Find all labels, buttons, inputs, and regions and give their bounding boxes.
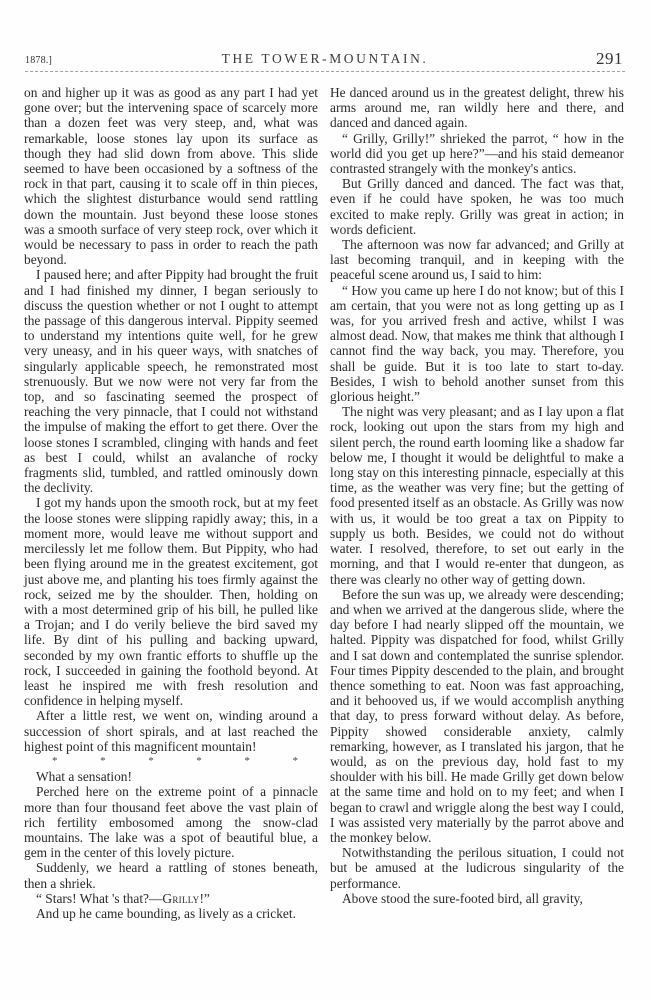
paragraph: He danced around us in the greatest deli… — [330, 85, 624, 131]
dialogue-exclamation: “ Stars! What 's that?—Grilly!” — [24, 891, 318, 906]
asterisk-icon: * — [244, 754, 250, 769]
paragraph: Perched here on the extreme point of a p… — [24, 784, 318, 860]
left-column: on and higher up it was as good as any p… — [24, 85, 318, 921]
book-page: 1878.] THE TOWER-MOUNTAIN. 291 on and hi… — [0, 0, 651, 1000]
section-break-asterisks: * * * * * * — [24, 754, 318, 769]
paragraph: And up he came bounding, as lively as a … — [24, 906, 318, 921]
asterisk-icon: * — [52, 754, 58, 769]
paragraph: Before the sun was up, we already were d… — [330, 587, 624, 845]
asterisk-icon: * — [196, 754, 202, 769]
paragraph: After a little rest, we went on, winding… — [24, 708, 318, 754]
paragraph: I got my hands upon the smooth rock, but… — [24, 495, 318, 708]
paragraph: on and higher up it was as good as any p… — [24, 85, 318, 267]
paragraph: Above stood the sure-footed bird, all gr… — [330, 891, 624, 906]
paragraph: “ How you came up here I do not know; bu… — [330, 283, 624, 405]
header-rule-divider — [25, 71, 625, 72]
running-head: 1878.] THE TOWER-MOUNTAIN. 291 — [25, 51, 625, 69]
page-number: 291 — [596, 49, 623, 69]
exclamation-suffix: !” — [199, 891, 209, 906]
paragraph: What a sensation! — [24, 769, 318, 784]
paragraph: The night was very pleasant; and as I la… — [330, 404, 624, 586]
asterisk-icon: * — [100, 754, 106, 769]
paragraph: Suddenly, we heard a rattling of stones … — [24, 860, 318, 890]
paragraph: “ Grilly, Grilly!” shrieked the parrot, … — [330, 131, 624, 177]
paragraph: But Grilly danced and danced. The fact w… — [330, 176, 624, 237]
paragraph: Notwithstanding the perilous situation, … — [330, 845, 624, 891]
exclamation-prefix: “ Stars! What 's that?— — [36, 891, 162, 906]
asterisk-icon: * — [148, 754, 154, 769]
paragraph: I paused here; and after Pippity had bro… — [24, 267, 318, 495]
article-title: THE TOWER-MOUNTAIN. — [25, 51, 625, 67]
right-column: He danced around us in the greatest deli… — [330, 85, 624, 906]
character-name-grilly: Grilly — [162, 891, 199, 906]
paragraph: The afternoon was now far advanced; and … — [330, 237, 624, 283]
asterisk-icon: * — [292, 754, 298, 769]
